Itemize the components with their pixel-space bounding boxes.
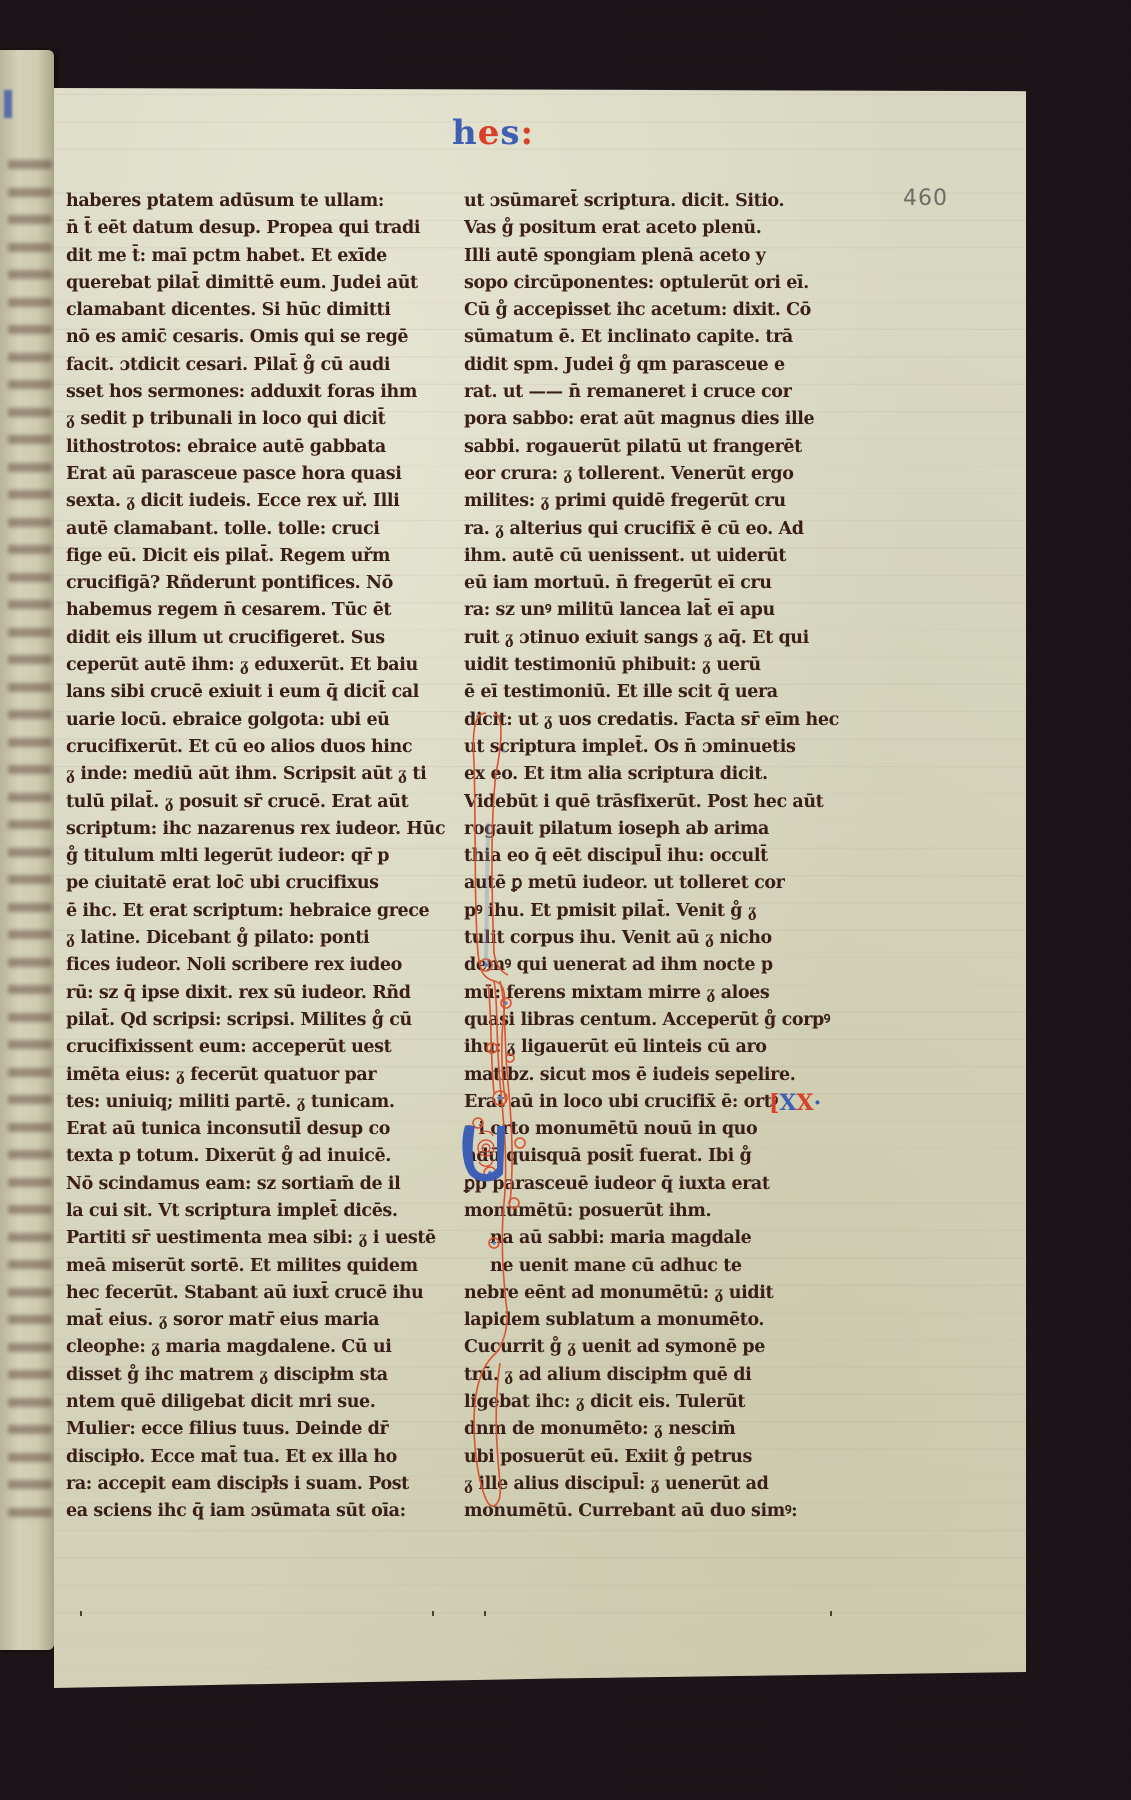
text-line: sset hos sermones: adduxit foras ihm — [66, 379, 406, 406]
text-line: lithostrotos: ebraice autē gabbata — [66, 434, 406, 461]
text-line: querebat pilat̄ dimittē eum. Judei aūt — [66, 270, 406, 297]
previous-leaf-text-blur — [8, 325, 52, 334]
previous-leaf-text-blur — [8, 958, 52, 967]
text-line: habemus regem n̄ cesarem. Tūc ēt — [66, 597, 406, 624]
previous-leaf-text-blur — [8, 1480, 52, 1489]
previous-leaf-text-blur — [8, 463, 52, 472]
text-line: eū iam mortuū. n̄ fregerūt eī cru — [464, 570, 804, 597]
text-line: pora sabbo: erat aūt magnus dies ille — [464, 406, 804, 433]
chapter-numeral-part2: X — [797, 1090, 814, 1116]
previous-leaf-text-blur — [8, 1233, 52, 1242]
manuscript-folio: hes: 460 haberes ptatem adūsum te ullam:… — [54, 88, 1026, 1688]
text-line: ra. ᵹ alterius qui crucifix̄ ē cū eo. Ad — [464, 516, 804, 543]
text-line: Vas g̊ positum erat aceto plenū. — [464, 215, 804, 242]
text-line: cleophe: ᵹ maria magdalene. Cū ui — [66, 1334, 406, 1361]
text-line: nō es amic̄ cesaris. Omis qui se regē — [66, 324, 406, 351]
text-line: sopo circūponentes: optulerūt ori eī. — [464, 270, 804, 297]
previous-leaf-text-blur — [8, 765, 52, 774]
previous-leaf-text-blur — [8, 545, 52, 554]
chapter-marker-bracket: [ — [769, 1090, 779, 1116]
text-line: ra: accepit eam discipł̄s i suam. Post — [66, 1471, 406, 1498]
running-title-colon: : — [521, 113, 535, 153]
previous-leaf-text-blur — [8, 1508, 52, 1517]
previous-leaf-text-blur — [8, 1123, 52, 1132]
text-line: rat. ut —— n̄ remaneret i cruce cor — [464, 379, 804, 406]
chapter-numeral-part1: X — [779, 1090, 796, 1116]
previous-leaf-text-blur — [8, 353, 52, 362]
running-title: hes: — [452, 113, 534, 153]
text-line: ntem quē diligebat dicit mri sue. — [66, 1389, 406, 1416]
text-line: sexta. ᵹ dicit iudeis. Ecce rex uř. Illi — [66, 488, 406, 515]
previous-leaf-text-blur — [8, 1260, 52, 1269]
text-line: scriptum: ihc nazarenus rex iudeor. Hūc — [66, 816, 406, 843]
text-line: crucifigā? Rñderunt pontifices. Nō — [66, 570, 406, 597]
text-line: g̊ titulum mlti legerūt iudeor: qr̄ p — [66, 843, 406, 870]
decorated-initial-u — [459, 1118, 517, 1184]
text-line: ceperūt autē ihm: ᵹ eduxerūt. Et baiu — [66, 652, 406, 679]
text-line: ᵹ latine. Dicebant g̊ pilato: ponti — [66, 925, 406, 952]
previous-leaf-text-blur — [8, 628, 52, 637]
previous-leaf-text-blur — [8, 243, 52, 252]
previous-leaf-text-blur — [8, 1095, 52, 1104]
folio-number: 460 — [903, 186, 948, 211]
text-line: ea sciens ihc q̄ iam ɔsūmata sūt oīa: — [66, 1498, 406, 1525]
previous-leaf-text-blur — [8, 435, 52, 444]
text-line: fige eū. Dicit eis pilat̄. Regem uřm — [66, 543, 406, 570]
previous-leaf-text-blur — [8, 1150, 52, 1159]
previous-leaf-text-blur — [8, 793, 52, 802]
text-line: didit eis illum ut crucifigeret. Sus — [66, 625, 406, 652]
text-column-left: haberes ptatem adūsum te ullam:n̄ t̄ eēt… — [66, 188, 406, 1526]
text-line: rū: sz q̄ ipse dixit. rex sū iudeor. Rñd — [66, 980, 406, 1007]
text-line: dit me t̄: maī pctm habet. Et exīde — [66, 243, 406, 270]
text-line: autē clamabant. tolle. tolle: cruci — [66, 516, 406, 543]
previous-leaf-text-blur — [8, 1453, 52, 1462]
running-title-letter-e: e — [478, 113, 501, 153]
previous-leaf-text-blur — [8, 1013, 52, 1022]
text-line: crucifixerūt. Et cū eo alios duos hinc — [66, 734, 406, 761]
text-line: ihm. autē cū uenissent. ut uiderūt — [464, 543, 804, 570]
text-line: milites: ᵹ primi quidē fregerūt cru — [464, 488, 804, 515]
previous-leaf-text-blur — [8, 1288, 52, 1297]
text-line: sūmatum ē. Et inclinato capite. trā — [464, 324, 804, 351]
text-line: mat̄ eius. ᵹ soror matr̄ eius maria — [66, 1307, 406, 1334]
text-line: meā miserūt sortē. Et milites quidem — [66, 1253, 406, 1280]
text-line: texta p totum. Dixerūt g̊ ad inuicē. — [66, 1143, 406, 1170]
text-line: eor crura: ᵹ tollerent. Venerūt ergo — [464, 461, 804, 488]
previous-leaf-text-blur — [8, 518, 52, 527]
text-line: ᵹ inde: mediū aūt ihm. Scripsit aūt ᵹ ti — [66, 761, 406, 788]
previous-leaf-text-blur — [8, 710, 52, 719]
text-line: Cū g̊ accepisset ihc acetum: dixit. Cō — [464, 297, 804, 324]
text-line: discipło. Ecce mat̄ tua. Et ex illa ho — [66, 1444, 406, 1471]
text-line: ut ɔsūmaret̄ scriptura. dicit. Sitio. — [464, 188, 804, 215]
previous-leaf-text-blur — [8, 903, 52, 912]
previous-leaf-text-blur — [8, 848, 52, 857]
text-line: clamabant dicentes. Si hūc dimitti — [66, 297, 406, 324]
text-line: Erat aū tunica inconsutil̄ desup co — [66, 1116, 406, 1143]
previous-leaf-text-blur — [8, 1068, 52, 1077]
text-line: ᵹ sedit p tribunali in loco qui dicit̄ — [66, 406, 406, 433]
text-line: sabbi. rogauerūt pilatū ut frangerēt — [464, 434, 804, 461]
previous-leaf-edge — [0, 50, 54, 1650]
previous-leaf-text-blur — [8, 1398, 52, 1407]
previous-leaf-text-blur — [8, 1205, 52, 1214]
text-line: Nō scindamus eam: sz sortiam̄ de il — [66, 1171, 406, 1198]
previous-leaf-text-blur — [8, 380, 52, 389]
text-line: disset g̊ ihc matrem ᵹ discipłm sta — [66, 1362, 406, 1389]
previous-leaf-text-blur — [8, 188, 52, 197]
chapter-marker: [XX· — [769, 1090, 821, 1116]
pricking-mark — [484, 1611, 486, 1616]
running-title-letter-s: s — [500, 113, 520, 153]
text-line: pe ciuitatē erat loc̄ ubi crucifixus — [66, 870, 406, 897]
text-line: Mulier: ecce filius tuus. Deinde dr̄ — [66, 1416, 406, 1443]
previous-leaf-text-blur — [8, 490, 52, 499]
text-line: imēta eius: ᵹ fecerūt quatuor par — [66, 1062, 406, 1089]
previous-leaf-blue-initial — [4, 90, 12, 118]
text-line: pilat̄. Qd scripsi: scripsi. Milites g̊ … — [66, 1007, 406, 1034]
text-line: lans sibi crucē exiuit i eum q̄ dicit̄ c… — [66, 679, 406, 706]
text-line: n̄ t̄ eēt datum desup. Propea qui tradi — [66, 215, 406, 242]
previous-leaf-text-blur — [8, 408, 52, 417]
text-line: uidit testimoniū phibuit: ᵹ uerū — [464, 652, 804, 679]
text-line: ra: sz unꝰ militū lancea lat̄ eī apu — [464, 597, 804, 624]
previous-leaf-text-blur — [8, 1343, 52, 1352]
chapter-marker-suffix: · — [814, 1090, 822, 1116]
text-line: ē ihc. Et erat scriptum: hebraice grece — [66, 898, 406, 925]
text-line: tulū pilat̄. ᵹ posuit sr̄ crucē. Erat aū… — [66, 789, 406, 816]
previous-leaf-text-blur — [8, 298, 52, 307]
text-line: fices iudeor. Noli scribere rex iudeo — [66, 952, 406, 979]
previous-leaf-text-blur — [8, 1370, 52, 1379]
text-line: didit spm. Judei g̊ qm parasceue e — [464, 352, 804, 379]
previous-leaf-text-blur — [8, 600, 52, 609]
previous-leaf-text-blur — [8, 573, 52, 582]
text-line: Erat aū parasceue pasce hora quasi — [66, 461, 406, 488]
previous-leaf-text-blur — [8, 930, 52, 939]
pricking-mark — [80, 1611, 82, 1616]
previous-leaf-text-blur — [8, 215, 52, 224]
previous-leaf-text-blur — [8, 160, 52, 169]
text-line: tes: uniuiq; militi partē. ᵹ tunicam. — [66, 1089, 406, 1116]
previous-leaf-text-blur — [8, 1040, 52, 1049]
text-line: haberes ptatem adūsum te ullam: — [66, 188, 406, 215]
text-line: Partiti sr̄ uestimenta mea sibi: ᵹ i ues… — [66, 1225, 406, 1252]
previous-leaf-text-blur — [8, 985, 52, 994]
previous-leaf-text-blur — [8, 1178, 52, 1187]
pricking-mark — [432, 1611, 434, 1616]
previous-leaf-text-blur — [8, 270, 52, 279]
previous-leaf-text-blur — [8, 655, 52, 664]
previous-leaf-text-blur — [8, 820, 52, 829]
previous-leaf-text-blur — [8, 1425, 52, 1434]
pricking-mark — [830, 1611, 832, 1616]
text-line: uarie locū. ebraice golgota: ubi eū — [66, 707, 406, 734]
text-line: Illi autē spongiam plenā aceto y — [464, 243, 804, 270]
text-line: crucifixissent eum: acceperūt uest — [66, 1034, 406, 1061]
text-line: ruit ᵹ ɔtinuo exiuit sangs ᵹ aq̄. Et qui — [464, 625, 804, 652]
previous-leaf-text-blur — [8, 1315, 52, 1324]
text-line: facit. ɔtdicit cesari. Pilat̄ g̊ cū audi — [66, 352, 406, 379]
pen-flourish-decoration — [434, 703, 554, 1703]
text-line: la cui sit. Vt scriptura implet̄ dicēs. — [66, 1198, 406, 1225]
running-title-letter-h: h — [452, 113, 478, 153]
previous-leaf-text-blur — [8, 738, 52, 747]
previous-leaf-text-blur — [8, 875, 52, 884]
previous-leaf-text-blur — [8, 683, 52, 692]
text-line: hec fecerūt. Stabant aū iuxt̄ crucē ihu — [66, 1280, 406, 1307]
